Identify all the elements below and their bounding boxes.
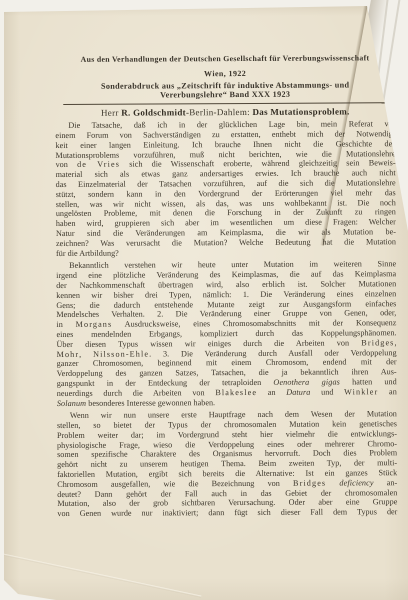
body-paragraphs: Die Tatsache, daß ich in der glücklichen… (55, 119, 397, 519)
text-line: für die Artbildung? (56, 247, 396, 259)
author-affiliation: -Berlin-Dahlem: (186, 107, 253, 117)
article-title: Das Mutationsproblem. (252, 106, 349, 117)
text-line: Solanum besonderes Interesse gewonnen ha… (57, 397, 397, 409)
text-line: neuerdings durch die Arbeiten von Blakes… (57, 387, 397, 399)
byline: Herr R. Goldschmidt-Berlin-Dahlem: Das M… (55, 106, 395, 118)
journal-line-2: Vererbungslehre“ Band XXX 1923 (55, 90, 395, 100)
paragraph: Wenn wir nun unsere erste Hauptfrage nac… (57, 410, 398, 520)
author-name: R. Goldschmidt (121, 107, 186, 117)
page-content: Aus den Verhandlungen der Deutschen Gese… (55, 54, 397, 519)
offprint-page: Aus den Verhandlungen der Deutschen Gese… (4, 6, 408, 600)
paragraph: Bekanntlich verstehen wir heute unter Mu… (56, 260, 397, 409)
bottom-left-crease (0, 552, 201, 598)
separator-rule (63, 102, 393, 105)
offprint-source-line: Aus den Verhandlungen der Deutschen Gese… (55, 54, 395, 64)
photographed-offprint: Aus den Verhandlungen der Deutschen Gese… (0, 0, 408, 600)
byline-prefix: Herr (101, 107, 121, 117)
text-line: von Genen wurde nur inaktiviert; dann fü… (57, 507, 397, 519)
place-date-line: Wien, 1922 (55, 69, 395, 79)
text-line: zeichnen? Was verursacht die Mutation? W… (56, 237, 396, 249)
paragraph: Die Tatsache, daß ich in der glücklichen… (55, 119, 396, 258)
